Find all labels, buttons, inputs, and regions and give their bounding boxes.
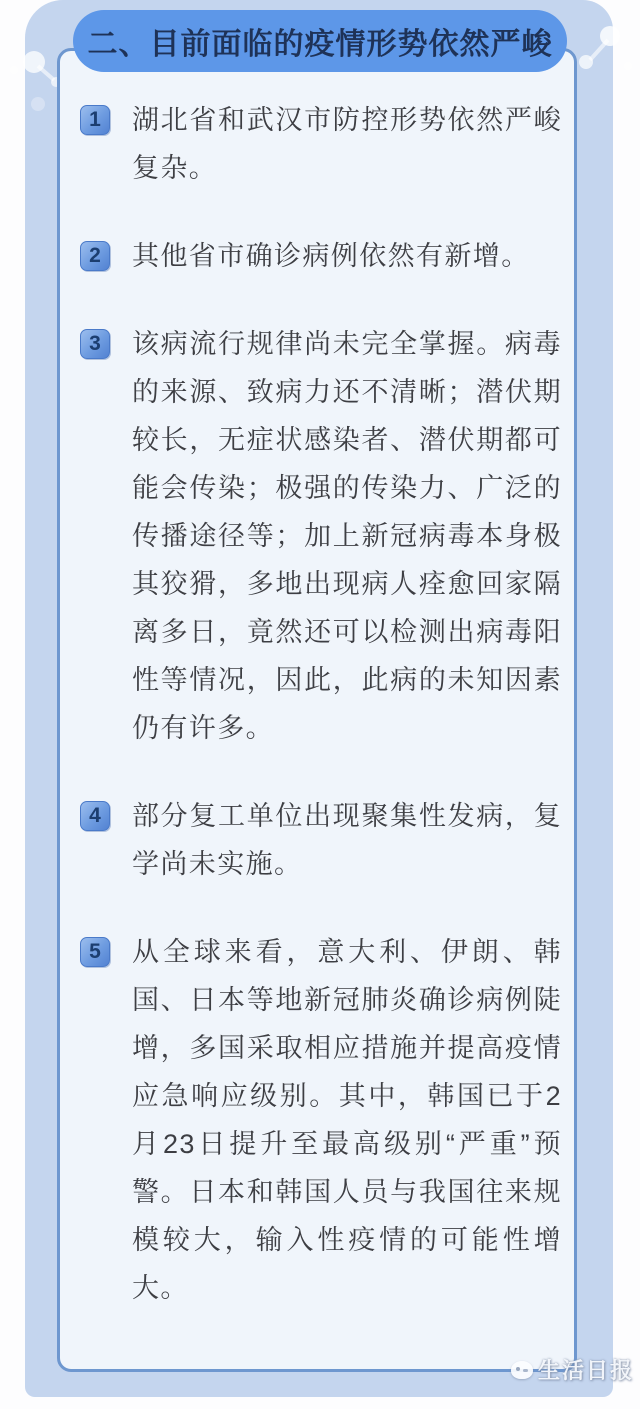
watermark: 生活日报 — [511, 1354, 634, 1385]
snail-logo-icon — [511, 1361, 533, 1379]
item-text: 湖北省和武汉市防控形势依然严峻复杂。 — [132, 96, 562, 192]
item-list: 1 湖北省和武汉市防控形势依然严峻复杂。 2 其他省市确诊病例依然有新增。 3 … — [80, 96, 562, 1352]
item-text: 该病流行规律尚未完全掌握。病毒的来源、致病力还不清晰；潜伏期较长，无症状感染者、… — [132, 320, 562, 752]
item-number-badge: 4 — [80, 801, 110, 831]
item-text: 从全球来看，意大利、伊朗、韩国、日本等地新冠肺炎确诊病例陡增，多国采取相应措施并… — [132, 928, 562, 1312]
item-number-badge: 3 — [80, 329, 110, 359]
section-title: 二、目前面临的疫情形势依然严峻 — [88, 19, 553, 63]
watermark-label: 生活日报 — [538, 1354, 634, 1385]
item-text: 其他省市确诊病例依然有新增。 — [132, 232, 562, 280]
item-number-badge: 2 — [80, 241, 110, 271]
list-item: 4 部分复工单位出现聚集性发病，复学尚未实施。 — [80, 792, 562, 888]
item-text: 部分复工单位出现聚集性发病，复学尚未实施。 — [132, 792, 562, 888]
item-number-badge: 1 — [80, 105, 110, 135]
list-item: 5 从全球来看，意大利、伊朗、韩国、日本等地新冠肺炎确诊病例陡增，多国采取相应措… — [80, 928, 562, 1312]
list-item: 3 该病流行规律尚未完全掌握。病毒的来源、致病力还不清晰；潜伏期较长，无症状感染… — [80, 320, 562, 752]
infographic-page: 二、目前面临的疫情形势依然严峻 1 湖北省和武汉市防控形势依然严峻复杂。 2 其… — [0, 0, 640, 1409]
list-item: 1 湖北省和武汉市防控形势依然严峻复杂。 — [80, 96, 562, 192]
list-item: 2 其他省市确诊病例依然有新增。 — [80, 232, 562, 280]
section-title-banner: 二、目前面临的疫情形势依然严峻 — [73, 10, 567, 72]
item-number-badge: 5 — [80, 937, 110, 967]
